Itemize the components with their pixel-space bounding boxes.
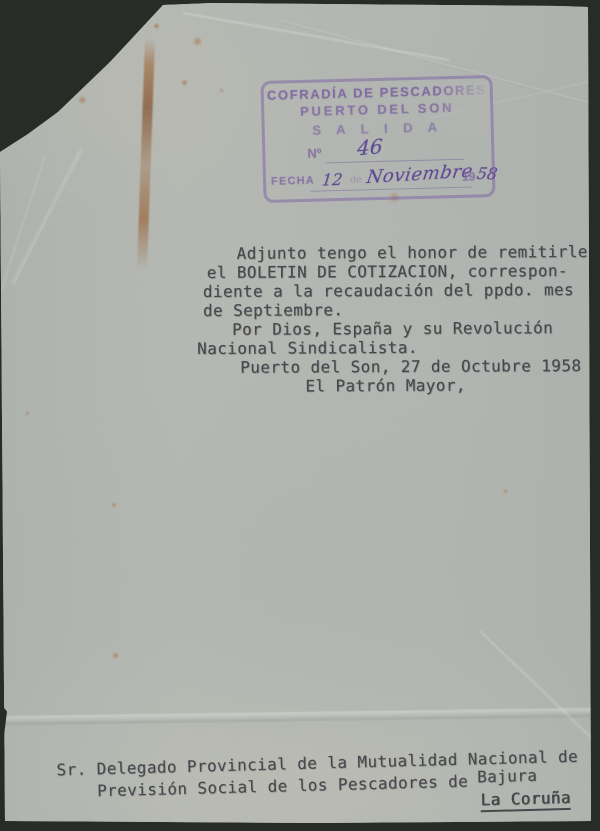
stamp-year-suffix: 58	[475, 164, 498, 184]
letter-line: Por Dios, España y su Revolución	[232, 318, 588, 339]
letter-line: el BOLETIN DE COTIZACION, correspon-	[207, 261, 588, 282]
fold-line	[0, 708, 600, 725]
rust-stain	[192, 37, 203, 46]
registry-stamp: COFRADÍA DE PESCADORES PUERTO DEL SON S …	[260, 75, 495, 203]
addressee-city-text: La Coruña	[480, 788, 571, 812]
scanned-letter-page: COFRADÍA DE PESCADORES PUERTO DEL SON S …	[0, 0, 600, 831]
rust-stain	[181, 79, 188, 86]
letter-dateline: Puerto del Son, 27 de Octubre 1958	[240, 356, 588, 377]
letter-signature-line: El Patrón Mayor,	[305, 375, 588, 395]
crease-line	[12, 150, 82, 285]
rust-stain	[112, 652, 119, 659]
crease-line	[0, 155, 47, 341]
stamp-ink-fade	[435, 81, 488, 138]
letter-line: diente a la recaudación del ppdo. mes	[203, 280, 588, 301]
stamp-number-value: 46	[357, 134, 384, 160]
rust-stain	[137, 38, 155, 270]
stamp-date-connector: de	[350, 174, 362, 185]
addressee-line2-bajura: Bajura	[477, 765, 538, 789]
letter-line: de Septiembre.	[203, 299, 588, 320]
rust-stain	[219, 88, 224, 93]
stamp-date-day: 12	[321, 170, 344, 190]
letter-line: Adjunto tengo el honor de remitirle	[237, 242, 588, 263]
crease-line	[479, 630, 600, 746]
rust-stain	[111, 502, 117, 508]
torn-edge-shadow	[0, 0, 175, 109]
rust-stain	[25, 411, 30, 416]
addressee-city: La Coruña	[480, 786, 600, 811]
stamp-date-label: FECHA	[271, 175, 315, 188]
crease-line	[183, 12, 449, 61]
addressee-block: Sr. Delegado Provincial de la Mutualidad…	[0, 745, 600, 824]
rust-stain	[503, 489, 508, 494]
rust-stain	[78, 96, 87, 104]
letter-body: Adjunto tengo el honor de remitirle el B…	[197, 242, 589, 396]
stamp-number-label: Nº	[307, 145, 322, 160]
rust-stain	[94, 44, 109, 56]
stamp-year-prefix: 19	[462, 169, 476, 183]
stamp-date-month: Noviembre	[365, 161, 474, 189]
rust-stain	[153, 23, 160, 29]
letter-line: Nacional Sindicalista.	[197, 337, 588, 358]
